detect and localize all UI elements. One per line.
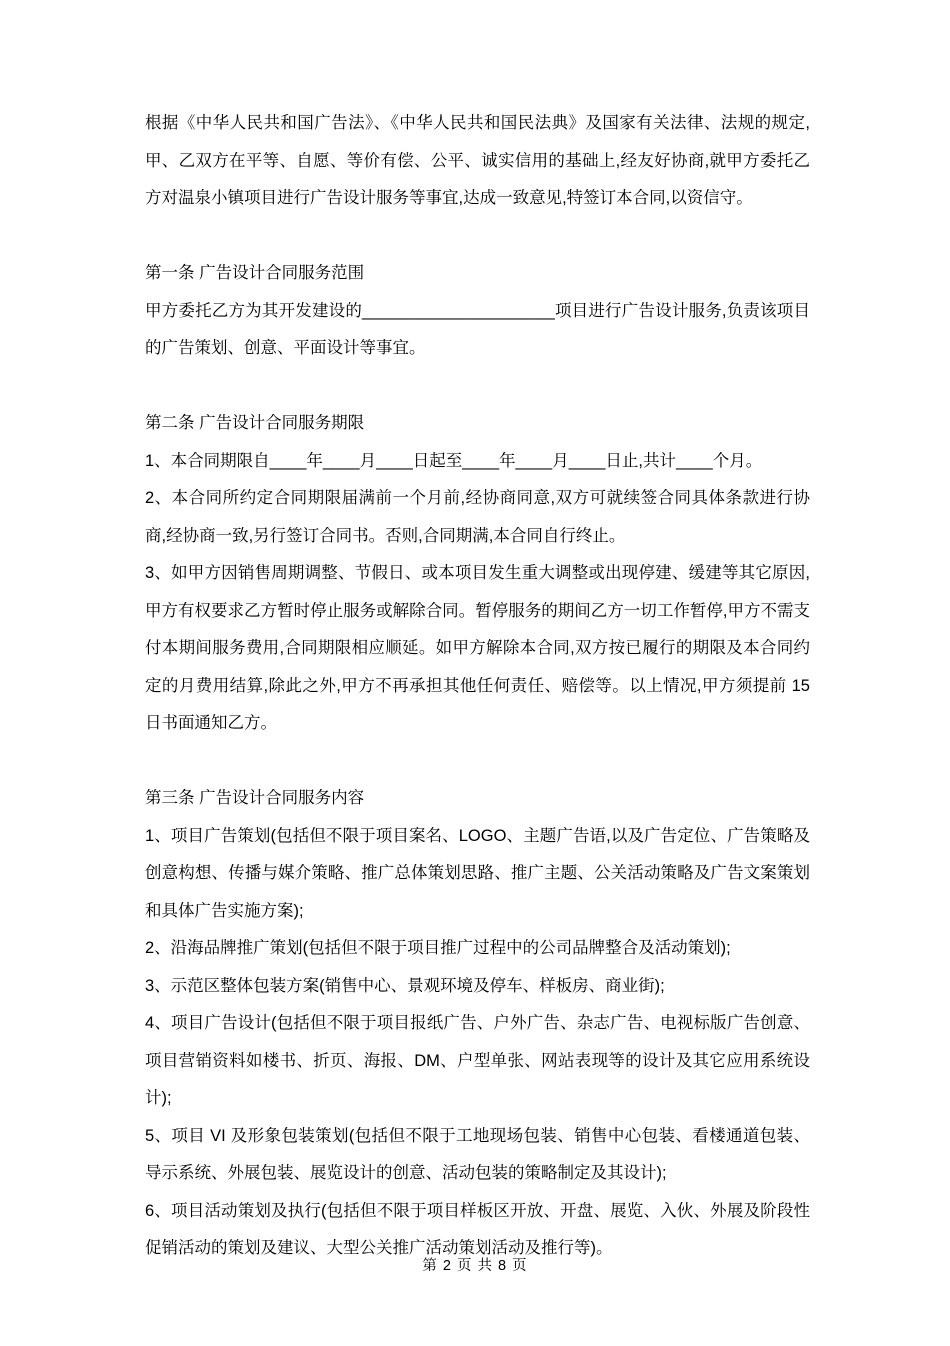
clause-3-heading: 第三条 广告设计合同服务内容 — [145, 780, 810, 818]
clause-3-item-1: 1、项目广告策划(包括但不限于项目案名、LOGO、主题广告语,以及广告定位、广告… — [145, 818, 810, 931]
clause-2-heading: 第二条 广告设计合同服务期限 — [145, 405, 810, 443]
section-clause-2: 第二条 广告设计合同服务期限 1、本合同期限自____年____月____日起至… — [145, 405, 810, 743]
contract-body: 根据《中华人民共和国广告法》、《中华人民共和国民法典》及国家有关法律、法规的规定… — [145, 105, 810, 1268]
preamble-paragraph: 根据《中华人民共和国广告法》、《中华人民共和国民法典》及国家有关法律、法规的规定… — [145, 105, 810, 218]
clause-2-item-1: 1、本合同期限自____年____月____日起至____年____月____日… — [145, 443, 810, 481]
clause-3-item-5: 5、项目 VI 及形象包装策划(包括但不限于工地现场包装、销售中心包装、看楼通道… — [145, 1118, 810, 1193]
clause-2-item-2: 2、本合同所约定合同期限届满前一个月前,经协商同意,双方可就续签合同具体条款进行… — [145, 480, 810, 555]
clause-3-item-3: 3、示范区整体包装方案(销售中心、景观环境及停车、样板房、商业街); — [145, 968, 810, 1006]
clause-3-item-2: 2、沿海品牌推广策划(包括但不限于项目推广过程中的公司品牌整合及活动策划); — [145, 930, 810, 968]
contract-document-page: 根据《中华人民共和国广告法》、《中华人民共和国民法典》及国家有关法律、法规的规定… — [0, 0, 950, 1346]
clause-2-item-3: 3、如甲方因销售周期调整、节假日、或本项目发生重大调整或出现停建、缓建等其它原因… — [145, 555, 810, 743]
page-number-footer: 第 2 页 共 8 页 — [0, 1254, 950, 1275]
section-clause-1: 第一条 广告设计合同服务范围 甲方委托乙方为其开发建设的____________… — [145, 255, 810, 368]
clause-1-heading: 第一条 广告设计合同服务范围 — [145, 255, 810, 293]
clause-1-paragraph-1: 甲方委托乙方为其开发建设的_____________________项目进行广告… — [145, 293, 810, 368]
section-clause-3: 第三条 广告设计合同服务内容 1、项目广告策划(包括但不限于项目案名、LOGO、… — [145, 780, 810, 1268]
clause-3-item-4: 4、项目广告设计(包括但不限于项目报纸广告、户外广告、杂志广告、电视标版广告创意… — [145, 1005, 810, 1118]
